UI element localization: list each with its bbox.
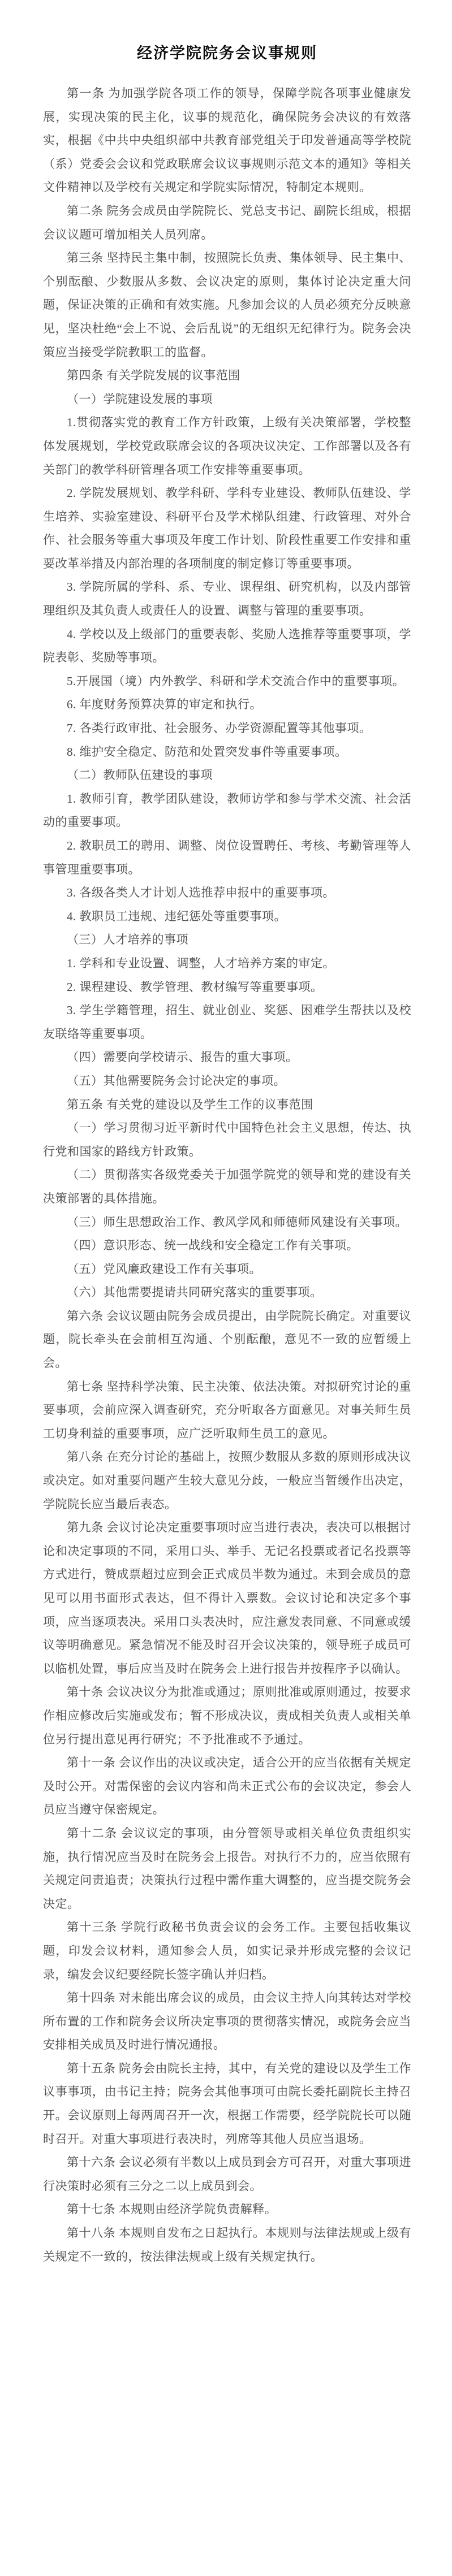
paragraph: 第一条 为加强学院各项工作的领导，保障学院各项事业健康发展，实现决策的民主化，议… bbox=[43, 82, 411, 200]
paragraph: 1.贯彻落实党的教育工作方针政策，上级有关决策部署，学校整体发展规划，学校党政联… bbox=[43, 411, 411, 482]
paragraph: 4. 学校以及上级部门的重要表彰、奖励人选推荐等重要事项，学院表彰、奖励等事项。 bbox=[43, 623, 411, 670]
paragraph: （二）教师队伍建设的事项 bbox=[43, 764, 411, 787]
paragraph: 第十条 会议决议分为批准或通过；原则批准或原则通过，按要求作相应修改后实施或发布… bbox=[43, 1681, 411, 1751]
paragraph: 第十八条 本规则自发布之日起执行。本规则与法律法规或上级有关规定不一致的，按法律… bbox=[43, 2222, 411, 2268]
paragraph: 第三条 坚持民主集中制，按照院长负责、集体领导、民主集中、个别酝酿、少数服从多数… bbox=[43, 246, 411, 364]
paragraph: 8. 维护安全稳定、防范和处置突发事件等重要事项。 bbox=[43, 741, 411, 764]
paragraph: 7. 各类行政审批、社会服务、办学资源配置等其他事项。 bbox=[43, 717, 411, 741]
paragraph: （一）学习贯彻习近平新时代中国特色社会主义思想，传达、执行党和国家的路线方针政策… bbox=[43, 1116, 411, 1163]
paragraph: （五）党风廉政建设工作有关事项。 bbox=[43, 1258, 411, 1281]
paragraph: 第十三条 学院行政秘书负责会议的会务工作。主要包括收集议题，印发会议材料，通知参… bbox=[43, 1916, 411, 1986]
paragraph: （五）其他需要院务会讨论决定的事项。 bbox=[43, 1070, 411, 1093]
document-body: 第一条 为加强学院各项工作的领导，保障学院各项事业健康发展，实现决策的民主化，议… bbox=[43, 82, 411, 2268]
paragraph: 第四条 有关学院发展的议事范围 bbox=[43, 364, 411, 388]
paragraph: （二）贯彻落实各级党委关于加强学院党的领导和党的建设有关决策部署的具体措施。 bbox=[43, 1163, 411, 1210]
paragraph: 3. 各级各类人才计划人选推荐申报中的重要事项。 bbox=[43, 881, 411, 905]
paragraph: 第六条 会议议题由院务会成员提出，由学院院长确定。对重要议题，院长牵头在会前相互… bbox=[43, 1305, 411, 1375]
paragraph: 第九条 会议讨论决定重要事项时应当进行表决，表决可以根据讨论和决定事项的不同，采… bbox=[43, 1516, 411, 1681]
paragraph: 第七条 坚持科学决策、民主决策、依法决策。对拟研究讨论的重要事项，会前应深入调查… bbox=[43, 1375, 411, 1446]
paragraph: 第十一条 会议作出的决议或决定，适合公开的应当依据有关规定及时公开。对需保密的会… bbox=[43, 1751, 411, 1822]
paragraph: 第十二条 会议议定的事项，由分管领导或相关单位负责组织实施，执行情况应当及时在院… bbox=[43, 1822, 411, 1916]
document-page: 经济学院院务会议事规则 第一条 为加强学院各项工作的领导，保障学院各项事业健康发… bbox=[0, 0, 452, 2576]
paragraph: 2. 课程建设、教学管理、教材编写等重要事项。 bbox=[43, 976, 411, 999]
paragraph: 第二条 院务会成员由学院院长、党总支书记、副院长组成，根据会议议题可增加相关人员… bbox=[43, 200, 411, 246]
paragraph: 第八条 在充分讨论的基础上，按照少数服从多数的原则形成决议或决定。如对重要问题产… bbox=[43, 1445, 411, 1516]
paragraph: 3. 学院所属的学科、系、专业、课程组、研究机构，以及内部管理组织及其负责人或责… bbox=[43, 575, 411, 622]
paragraph: 第十四条 对未能出席会议的成员，由会议主持人向其转达对学校所布置的工作和院务会议… bbox=[43, 1986, 411, 2057]
paragraph: 6. 年度财务预算决算的审定和执行。 bbox=[43, 693, 411, 717]
paragraph: 4. 教职员工违规、违纪惩处等重要事项。 bbox=[43, 905, 411, 929]
paragraph: 3. 学生学籍管理，招生、就业创业、奖惩、困难学生帮扶以及校友联络等重要事项。 bbox=[43, 999, 411, 1046]
paragraph: 2. 学院发展规划、教学科研、学科专业建设、教师队伍建设、学生培养、实验室建设、… bbox=[43, 482, 411, 575]
paragraph: （一）学院建设发展的事项 bbox=[43, 388, 411, 412]
paragraph: （六）其他需要提请共同研究落实的重要事项。 bbox=[43, 1281, 411, 1305]
paragraph: （三）人才培养的事项 bbox=[43, 928, 411, 952]
paragraph: 第十七条 本规则由经济学院负责解释。 bbox=[43, 2198, 411, 2222]
paragraph: 1. 学科和专业设置、调整，人才培养方案的审定。 bbox=[43, 952, 411, 976]
paragraph: （三）师生思想政治工作、教风学风和师德师风建设有关事项。 bbox=[43, 1211, 411, 1235]
document-title: 经济学院院务会议事规则 bbox=[43, 41, 411, 63]
paragraph: （四）意识形态、统一战线和安全稳定工作有关事项。 bbox=[43, 1234, 411, 1258]
paragraph: 第十五条 院务会由院长主持，其中，有关党的建设以及学生工作议事事项，由书记主持；… bbox=[43, 2057, 411, 2151]
paragraph: 第五条 有关党的建设以及学生工作的议事范围 bbox=[43, 1093, 411, 1117]
paragraph: （四）需要向学校请示、报告的重大事项。 bbox=[43, 1046, 411, 1070]
paragraph: 2. 教职员工的聘用、调整、岗位设置聘任、考核、考勤管理等人事管理重要事项。 bbox=[43, 834, 411, 881]
paragraph: 1. 教师引育，教学团队建设，教师访学和参与学术交流、社会活动的重要事项。 bbox=[43, 787, 411, 834]
paragraph: 5.开展国（境）内外教学、科研和学术交流合作中的重要事项。 bbox=[43, 670, 411, 694]
paragraph: 第十六条 会议必须有半数以上成员到会方可召开，对重大事项进行决策时必须有三分之二… bbox=[43, 2151, 411, 2198]
